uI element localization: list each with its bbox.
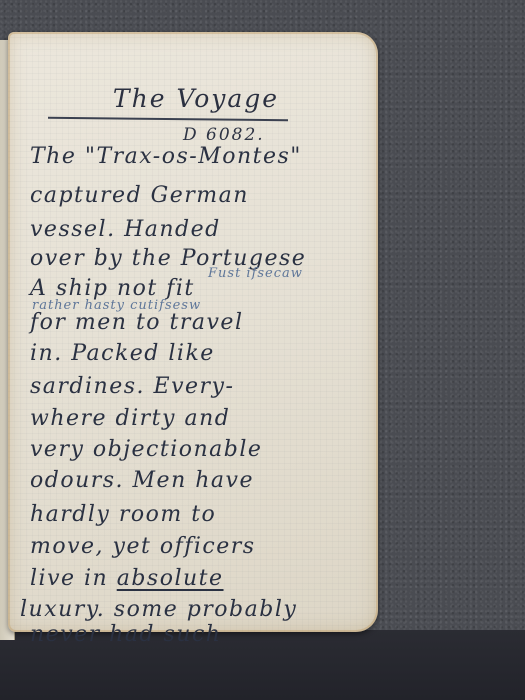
reference-number: D 6082. (183, 125, 265, 145)
text-line-13: move, yet officers (30, 534, 256, 559)
title-underline (48, 117, 288, 122)
text-line-16: never had such (30, 622, 221, 647)
text-line-1: The "Trax-os-Montes" (30, 144, 302, 169)
page-title: The Voyage (66, 84, 326, 113)
text-line-8: sardines. Every- (30, 374, 234, 399)
text-line-15: luxury. some probably (20, 597, 297, 622)
text-line-14-start: live in (30, 566, 108, 591)
text-line-3: vessel. Handed (30, 217, 221, 242)
text-line-9: where dirty and (30, 406, 230, 431)
text-line-6: for men to travel (30, 310, 243, 335)
text-line-2: captured German (30, 183, 249, 208)
text-line-11: odours. Men have (30, 468, 254, 493)
underlined-word: absolute (117, 566, 224, 591)
text-line-10: very objectionable (30, 437, 262, 462)
text-line-12: hardly room to (30, 502, 216, 527)
text-line-14: live in absolute (30, 566, 224, 591)
notebook-page: The Voyage D 6082. The "Trax-os-Montes" … (8, 32, 378, 632)
text-line-7: in. Packed like (30, 341, 215, 366)
pencil-insert-1: Fust ifsecaw (208, 266, 303, 281)
